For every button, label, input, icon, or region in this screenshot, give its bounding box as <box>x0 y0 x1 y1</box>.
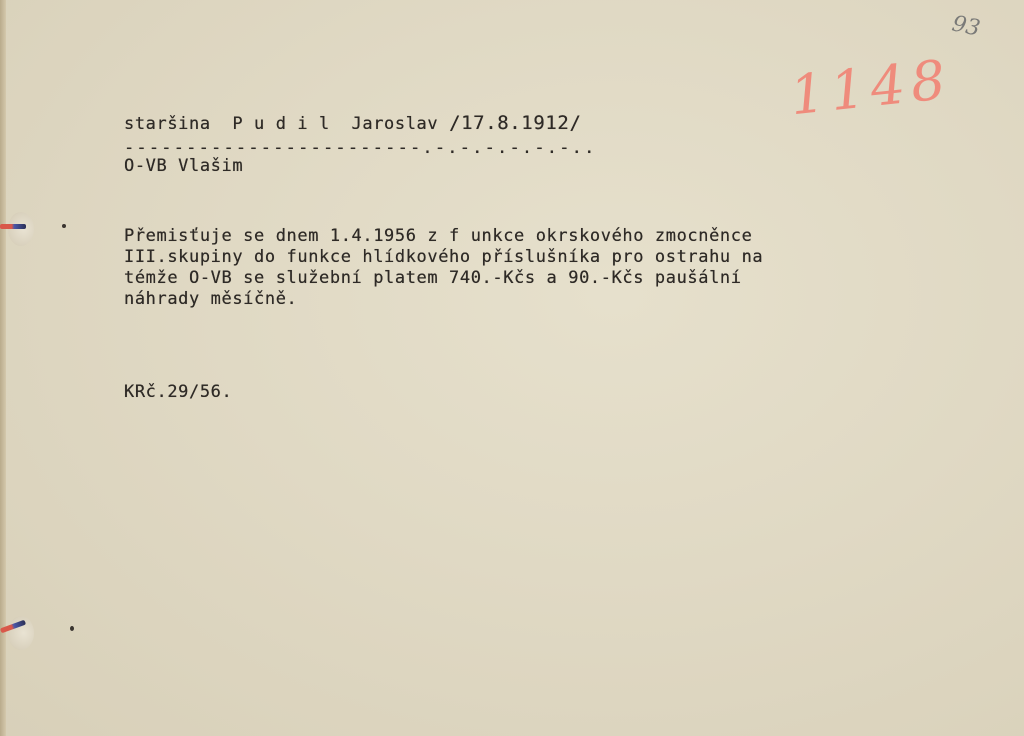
ink-speck <box>62 224 66 228</box>
surname: P u d i l <box>232 114 330 134</box>
rank: staršina <box>124 114 211 134</box>
unit-name: O-VB Vlašim <box>124 156 243 176</box>
red-file-number: 1148 <box>787 48 954 128</box>
first-name: Jaroslav <box>352 114 439 134</box>
pencil-page-number: 93 <box>950 11 983 41</box>
birth-date: /17.8.1912/ <box>449 112 581 134</box>
binding-cord-top <box>0 224 26 229</box>
body-line-4: náhrady měsíčně. <box>124 289 297 309</box>
body-line-3: témže O-VB se služební platem 740.-Kčs a… <box>124 268 742 288</box>
body-line-1: Přemisťuje se dnem 1.4.1956 z f unkce ok… <box>124 226 752 246</box>
reference-number: KRč.29/56. <box>124 382 232 402</box>
ink-speck <box>70 626 74 631</box>
header-underline: ------------------------.-.-.-.-.-.-.. <box>124 138 597 158</box>
punch-hole-top <box>8 212 34 246</box>
header-line: staršina P u d i l Jaroslav /17.8.1912/ <box>124 112 582 134</box>
body-line-2: III.skupiny do funkce hlídkového přísluš… <box>124 247 763 267</box>
document-page: 93 1148 staršina P u d i l Jaroslav /17.… <box>0 0 1024 736</box>
